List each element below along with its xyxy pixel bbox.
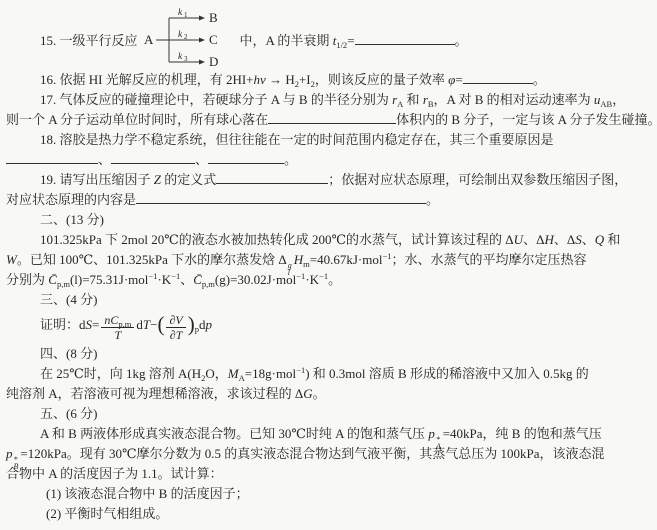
fill-in-blank: [355, 31, 455, 45]
question-15: 15. 一级平行反应 A k 1 k 2 k 3 B C D: [6, 8, 651, 70]
question-18-line1: 18. 溶胶是热力学不稳定系统，但往往能在一定的时间范围内稳定存在，其三个重要原…: [6, 130, 651, 150]
question-19-line2: 对应状态原理的内容是。: [6, 190, 651, 210]
section-3-proof-formula: 证明：dS=nCp,mTdT−(∂V∂T)pdp: [6, 310, 651, 344]
section-5-line1: A 和 B 两液体形成真实液态混合物。已知 30℃时纯 A 的饱和蒸气压 p*A…: [6, 424, 651, 444]
rate-constant-2-sub: 2: [184, 33, 188, 41]
section-4-header: 四、(8 分): [6, 344, 651, 364]
question-16: 16. 依据 HI 光解反应的机理，有 2HI+hν → H2+I2，则该反应的…: [6, 70, 651, 90]
section-5-header: 五、(6 分): [6, 404, 651, 424]
q15-suffix: 中，A 的半衰期 t1/2=。: [240, 30, 468, 49]
reactant-label: A: [144, 32, 154, 47]
product-b: B: [209, 10, 218, 25]
rate-constant-1: k: [178, 8, 183, 18]
question-19-line1: 19. 请写出压缩因子 Z 的定义式；依据对应状态原理，可绘制出双参数压缩因子图…: [6, 170, 651, 190]
question-18-blanks: 、、。: [6, 150, 651, 170]
rate-constant-1-sub: 1: [184, 11, 188, 19]
section-5-item1: (1) 该液态混合物中 B 的活度因子；: [6, 484, 651, 504]
arrowheads: [199, 16, 205, 65]
fill-in-blank: [216, 170, 328, 184]
question-17-line1: 17. 气体反应的碰撞理论中，若硬球分子 A 与 B 的半径分别为 rA 和 r…: [6, 90, 651, 110]
fill-in-blank: [111, 150, 195, 164]
product-c: C: [209, 32, 218, 47]
section-5-line3: 合物中 A 的活度因子为 1.1。试计算：: [6, 464, 651, 484]
fill-in-blank: [268, 110, 396, 124]
fill-in-blank: [6, 150, 98, 164]
fill-in-blank: [463, 70, 533, 84]
section-2-line2: W。已知 100℃、101.325kPa 下水的摩尔蒸发焓 ΔglHm=40.6…: [6, 250, 651, 270]
rate-constant-2: k: [178, 30, 183, 40]
section-4-line1: 在 25℃时，向 1kg 溶剂 A(H2O，MA=18g·mol−1) 和 0.…: [6, 364, 651, 384]
section-2-line1: 101.325kPa 下 2mol 20℃的液态水被加热转化成 200℃的水蒸气…: [6, 230, 651, 250]
fill-in-blank: [136, 190, 426, 204]
section-2-header: 二、(13 分): [6, 210, 651, 230]
section-4-line2: 纯溶剂 A，若溶液可视为理想稀溶液，求该过程的 ΔG。: [6, 384, 651, 404]
fill-in-blank: [208, 150, 284, 164]
rate-constant-3-sub: 3: [184, 55, 188, 63]
section-2-line3: 分别为 C̄p,m(l)=75.31J·mol−1·K−1、C̄p,m(g)=3…: [6, 270, 651, 290]
question-17-line2: 则一个 A 分子运动单位时间时，所有球心落在体积内的 B 分子，一定与该 A 分…: [6, 110, 651, 130]
product-d: D: [209, 54, 218, 69]
section-5-item2: (2) 平衡时气相组成。: [6, 504, 651, 524]
section-3-header: 三、(4 分): [6, 290, 651, 310]
rate-constant-3: k: [178, 52, 183, 62]
q15-prefix: 15. 一级平行反应: [40, 30, 138, 49]
reaction-branch-diagram: A k 1 k 2 k 3 B C D: [142, 8, 236, 70]
section-5-line2: p*B=120kPa。现有 30℃摩尔分数为 0.5 的真实液态混合物达到气液平…: [6, 444, 651, 464]
exam-page: 15. 一级平行反应 A k 1 k 2 k 3 B C D: [0, 0, 657, 530]
